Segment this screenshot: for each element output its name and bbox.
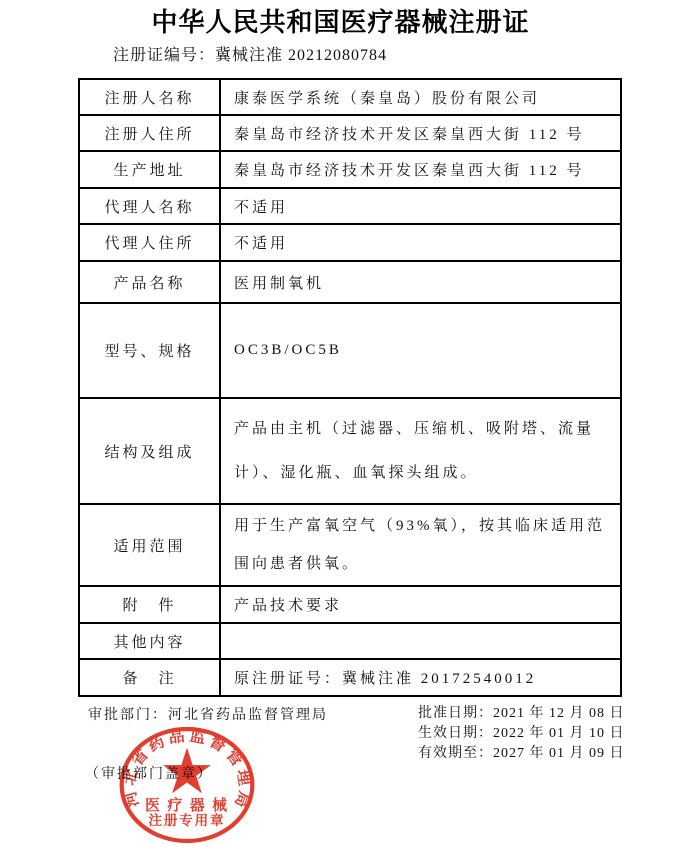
table-row-model-spec: 型号、规格 OC3B/OC5B: [79, 303, 621, 398]
date-block: 批准日期：2021 年 12 月 08 日 生效日期：2022 年 01 月 1…: [418, 704, 625, 764]
row-label: 代理人名称: [79, 188, 220, 224]
approval-date-value: 2021 年 12 月 08 日: [493, 706, 625, 721]
expiry-date-line: 有效期至：2027 年 01 月 09 日: [418, 744, 625, 764]
row-value: 医用制氧机: [220, 261, 621, 303]
row-label: 注册人住所: [79, 115, 220, 151]
effective-date-label: 生效日期：: [418, 726, 493, 741]
row-value: 用于生产富氧空气（93%氧），按其临床适用范围向患者供氧。: [220, 504, 621, 586]
official-stamp: 河北省药品监督管理局 医 疗 器 械 注册专用章: [117, 724, 257, 846]
table-row-intended-use: 适用范围 用于生产富氧空气（93%氧），按其临床适用范围向患者供氧。: [79, 504, 621, 586]
row-label: 注册人名称: [79, 79, 220, 115]
stamp-line2-text: 注册专用章: [149, 812, 226, 828]
registration-number-label: 注册证编号：: [113, 47, 215, 64]
row-label: 适用范围: [79, 504, 220, 586]
effective-date-line: 生效日期：2022 年 01 月 10 日: [418, 724, 625, 744]
approval-department-line: 审批部门：河北省药品监督管理局: [88, 704, 328, 724]
table-row-product-name: 产品名称 医用制氧机: [79, 261, 621, 303]
row-label: 结构及组成: [79, 398, 220, 504]
certificate-table: 注册人名称 康泰医学系统（秦皇岛）股份有限公司 注册人住所 秦皇岛市经济技术开发…: [78, 78, 622, 697]
row-label: 其他内容: [79, 623, 220, 659]
page-title: 中华人民共和国医疗器械注册证: [0, 2, 681, 39]
table-row-attachment: 附 件 产品技术要求: [79, 586, 621, 623]
table-row-structure-composition: 结构及组成 产品由主机（过滤器、压缩机、吸附塔、流量计）、湿化瓶、血氧探头组成。: [79, 398, 621, 504]
expiry-date-value: 2027 年 01 月 09 日: [493, 746, 625, 761]
approval-department-label: 审批部门：: [88, 708, 168, 723]
table-row-agent-name: 代理人名称 不适用: [79, 188, 621, 224]
row-value: 原注册证号：冀械注准 20172540012: [220, 659, 621, 696]
stamp-line1-text: 医 疗 器 械: [145, 796, 229, 814]
table-row-remarks: 备 注 原注册证号：冀械注准 20172540012: [79, 659, 621, 696]
effective-date-value: 2022 年 01 月 10 日: [493, 726, 625, 741]
registration-number-value: 冀械注准 20212080784: [215, 47, 387, 64]
row-value: 不适用: [220, 224, 621, 261]
row-value: [220, 623, 621, 659]
stamp-star-icon: [163, 748, 211, 794]
table-row-agent-address: 代理人住所 不适用: [79, 224, 621, 261]
row-label: 附 件: [79, 586, 220, 623]
row-label: 代理人住所: [79, 224, 220, 261]
table-row-registrant-address: 注册人住所 秦皇岛市经济技术开发区秦皇西大街 112 号: [79, 115, 621, 151]
row-label: 备 注: [79, 659, 220, 696]
approval-date-line: 批准日期：2021 年 12 月 08 日: [418, 704, 625, 724]
table-row-registrant-name: 注册人名称 康泰医学系统（秦皇岛）股份有限公司: [79, 79, 621, 115]
row-value: 秦皇岛市经济技术开发区秦皇西大街 112 号: [220, 151, 621, 188]
expiry-date-label: 有效期至：: [418, 746, 493, 761]
row-value: 不适用: [220, 188, 621, 224]
row-value: 秦皇岛市经济技术开发区秦皇西大街 112 号: [220, 115, 621, 151]
row-label: 生产地址: [79, 151, 220, 188]
row-label: 型号、规格: [79, 303, 220, 398]
approval-date-label: 批准日期：: [418, 706, 493, 721]
row-value: OC3B/OC5B: [220, 303, 621, 398]
approval-department-value: 河北省药品监督管理局: [168, 708, 328, 723]
row-value: 产品技术要求: [220, 586, 621, 623]
table-row-other-content: 其他内容: [79, 623, 621, 659]
certificate-page: 中华人民共和国医疗器械注册证 注册证编号：冀械注准 20212080784 注册…: [0, 0, 681, 847]
row-value: 康泰医学系统（秦皇岛）股份有限公司: [220, 79, 621, 115]
row-label: 产品名称: [79, 261, 220, 303]
row-value: 产品由主机（过滤器、压缩机、吸附塔、流量计）、湿化瓶、血氧探头组成。: [220, 398, 621, 504]
table-row-production-address: 生产地址 秦皇岛市经济技术开发区秦皇西大街 112 号: [79, 151, 621, 188]
registration-number-line: 注册证编号：冀械注准 20212080784: [113, 42, 387, 65]
